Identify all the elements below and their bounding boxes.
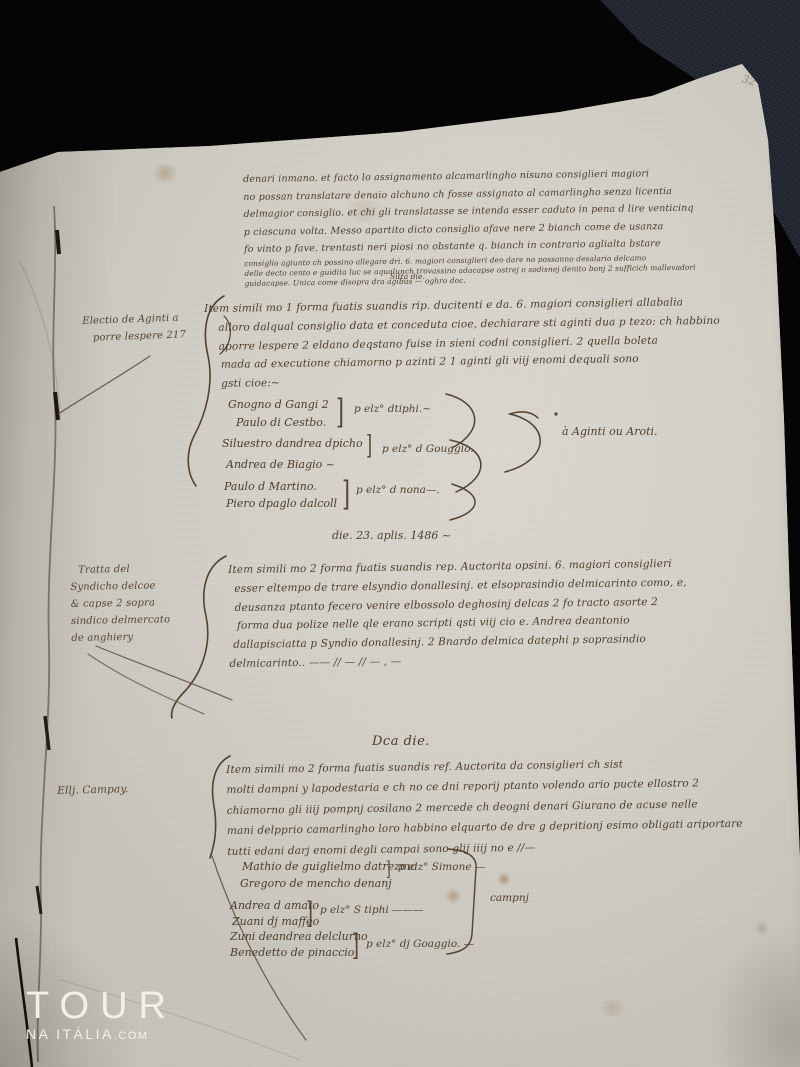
gutter-crack bbox=[38, 206, 56, 1062]
brace-flourish bbox=[450, 484, 475, 520]
manuscript-page: denari inmano. et facto lo assignamento … bbox=[0, 0, 800, 1067]
manuscript-line: sindico delmercato bbox=[71, 611, 170, 630]
manuscript-line: Syndicho delcoe bbox=[70, 577, 169, 596]
watermark-logo: TOUR NA ITÁLIA.COM bbox=[26, 986, 177, 1044]
watermark-title: TOUR bbox=[26, 986, 177, 1026]
opening-paragraph: denari inmano. et facto lo assignamento … bbox=[243, 165, 696, 289]
list-item: Siluestro dandrea dpicho bbox=[222, 437, 363, 450]
list-item: Paulo d Martino. bbox=[224, 480, 317, 493]
bracket-glyph: ] bbox=[342, 474, 350, 514]
entry-paragraph-2: Item simili mo 2 forma fuatis suandis re… bbox=[228, 555, 688, 674]
manuscript-line: & capse 2 sopra bbox=[71, 594, 170, 613]
sewing-hole bbox=[37, 886, 41, 914]
manuscript-line: Tratta del bbox=[70, 560, 169, 579]
entry-paragraph-3: Item simili mo 2 forma fuatis suandis re… bbox=[226, 753, 743, 862]
initial-swash bbox=[172, 556, 226, 718]
watermark-subtitle: NA ITÁLIA.COM bbox=[26, 1026, 177, 1044]
list-item: Mathio de guiglielmo datrezmo bbox=[242, 860, 417, 873]
watermark-suffix: .COM bbox=[114, 1030, 149, 1042]
watermark-subtitle-text: NA ITÁLIA bbox=[26, 1026, 114, 1042]
manuscript-line: porre lespere 217 bbox=[83, 326, 187, 347]
bracket-glyph: ] bbox=[336, 392, 344, 432]
stain-spot bbox=[754, 920, 770, 936]
margin-flourish bbox=[96, 646, 232, 700]
margin-note-campay: Ellj. Campay. bbox=[57, 781, 129, 800]
bracket-glyph: ] bbox=[352, 928, 359, 963]
brace-flourish bbox=[446, 394, 475, 448]
stain-spot bbox=[150, 164, 180, 182]
sewing-hole bbox=[57, 230, 59, 254]
sewing-hole bbox=[45, 716, 49, 750]
list-item: Gregoro de mencho denanj bbox=[240, 877, 392, 890]
inset-note: Sitta die. bbox=[390, 272, 425, 281]
margin-flourish bbox=[88, 654, 204, 714]
list-item: Andrea de Biagio ~ bbox=[226, 458, 335, 471]
ink-dot bbox=[554, 412, 557, 415]
stain-spot bbox=[596, 1000, 630, 1016]
list-item: Gnogno d Gangi 2 bbox=[228, 398, 329, 411]
list-label: p elz° d Gouggio. bbox=[382, 443, 474, 455]
bracket-glyph: ] bbox=[366, 431, 372, 461]
entry-paragraph-1: Item simili mo 1 forma fuatis suandis ri… bbox=[204, 293, 721, 394]
manuscript-line: de anghiery bbox=[71, 628, 170, 647]
stain-spot bbox=[497, 872, 511, 886]
list-annotation: à Aginti ou Aroti. bbox=[562, 425, 658, 438]
section-heading: Dca die. bbox=[372, 734, 430, 749]
margin-flourish bbox=[58, 356, 150, 414]
list-label: p elz° d nona—. bbox=[356, 484, 440, 496]
list-label: p elz° dtiphi.~ bbox=[354, 403, 431, 415]
photo-background: denari inmano. et facto lo assignamento … bbox=[0, 0, 800, 1067]
sewing-hole bbox=[55, 392, 58, 420]
list-label: p elz° S tiphi ——— bbox=[320, 904, 424, 916]
stain-spot bbox=[444, 888, 462, 904]
date-line: die. 23. aplis. 1486 ~ bbox=[332, 529, 451, 542]
bracket-glyph: ] bbox=[306, 896, 313, 931]
list-item: Zuni deandrea delclurno bbox=[230, 930, 368, 943]
list-item: Benedetto de pinaccio bbox=[230, 946, 354, 959]
margin-note-tratta-syndicho: Tratta del Syndicho delcoe & capse 2 sop… bbox=[70, 560, 171, 647]
list-label: p elz° Simone — bbox=[398, 861, 485, 873]
brace-flourish bbox=[505, 412, 540, 472]
list-annotation: campnj bbox=[490, 892, 529, 904]
margin-note-election-aginti: Electio de Aginti a porre lespere 217 bbox=[82, 309, 186, 347]
list-item: Paulo di Cestbo. bbox=[236, 416, 326, 429]
manuscript-line: Ellj. Campay. bbox=[57, 781, 129, 800]
list-item: Piero dpaglo dalcoll bbox=[226, 497, 337, 510]
list-label: p elz° dj Goaggio. — bbox=[366, 938, 474, 950]
crease-line bbox=[20, 262, 60, 420]
